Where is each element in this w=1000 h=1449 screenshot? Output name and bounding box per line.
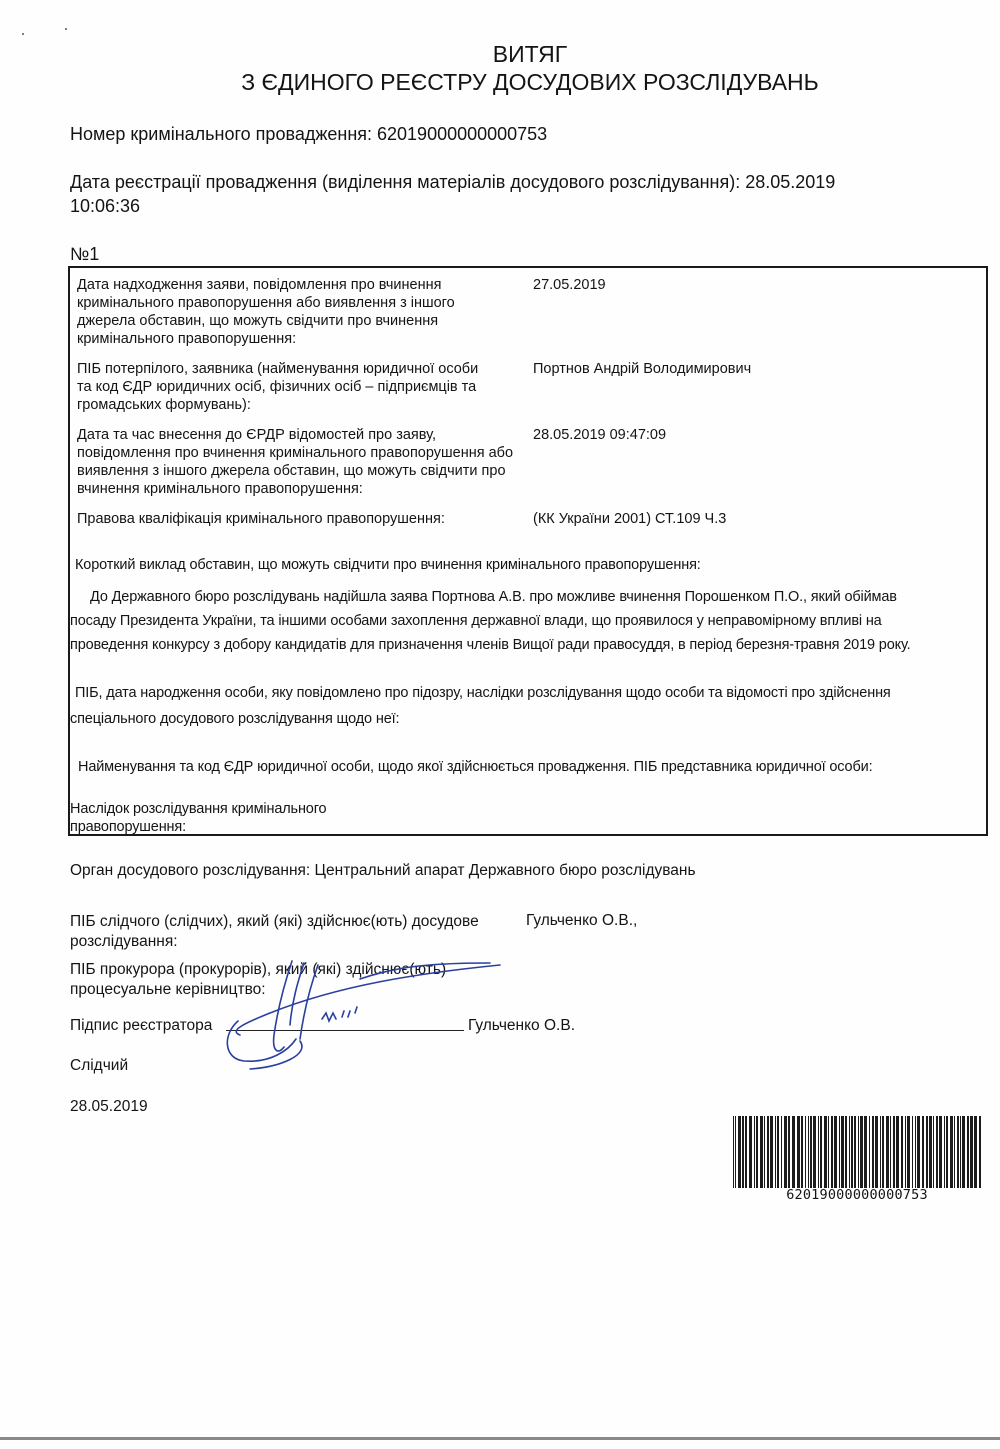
label-victim-name: ПІБ потерпілого, заявника (найменування … <box>77 360 532 414</box>
investigation-body: Орган досудового розслідування: Централь… <box>70 862 696 880</box>
position-label: Слідчий <box>70 1057 128 1075</box>
label-application-date: Дата надходження заяви, повідомлення про… <box>77 276 532 348</box>
investigator-name: Гульченко О.В., <box>526 912 637 930</box>
suspect-info-label-cont: спеціального досудового розслідування що… <box>70 708 399 730</box>
entry-number: №1 <box>70 242 99 266</box>
summary-line: До Державного бюро розслідувань надійшла… <box>90 586 897 608</box>
label-erdr-entry-date: Дата та час внесення до ЄРДР відомостей … <box>77 426 537 498</box>
registration-date: Дата реєстрації провадження (виділення м… <box>70 170 835 194</box>
summary-line: проведення конкурсу з добору кандидатів … <box>70 634 911 656</box>
value-legal-qualification: (КК України 2001) СТ.109 Ч.3 <box>533 510 726 528</box>
entry-table <box>68 266 988 836</box>
document-title: ВИТЯГ <box>0 40 1000 68</box>
registration-time: 10:06:36 <box>70 194 140 218</box>
value-application-date: 27.05.2019 <box>533 276 606 294</box>
outcome-label: Наслідок розслідування кримінального пра… <box>70 800 326 836</box>
suspect-info-label: ПІБ, дата народження особи, яку повідомл… <box>75 682 891 704</box>
document-subtitle: З ЄДИНОГО РЕЄСТРУ ДОСУДОВИХ РОЗСЛІДУВАНЬ <box>0 68 1000 96</box>
summary-line: посаду Президента України, та іншими осо… <box>70 610 882 632</box>
label-legal-qualification: Правова кваліфікація кримінального право… <box>77 510 532 528</box>
legal-entity-label: Найменування та код ЄДР юридичної особи,… <box>78 756 872 778</box>
scan-edge-divider <box>0 1437 1000 1440</box>
value-victim-name: Портнов Андрій Володимирович <box>533 360 751 378</box>
summary-heading: Короткий виклад обставин, що можуть свід… <box>75 554 701 576</box>
registrar-signature-label: Підпис реєстратора <box>70 1017 212 1035</box>
investigator-label: ПІБ слідчого (слідчих), який (які) здійс… <box>70 912 479 952</box>
barcode-number: 62019000000000753 <box>733 1187 981 1203</box>
scan-speck <box>65 28 67 30</box>
barcode-icon <box>733 1116 981 1188</box>
handwritten-signature-icon <box>200 955 520 1075</box>
value-erdr-entry-date: 28.05.2019 09:47:09 <box>533 426 666 444</box>
scan-speck <box>22 33 24 35</box>
case-number: Номер кримінального провадження: 6201900… <box>70 122 547 146</box>
document-date: 28.05.2019 <box>70 1098 148 1116</box>
